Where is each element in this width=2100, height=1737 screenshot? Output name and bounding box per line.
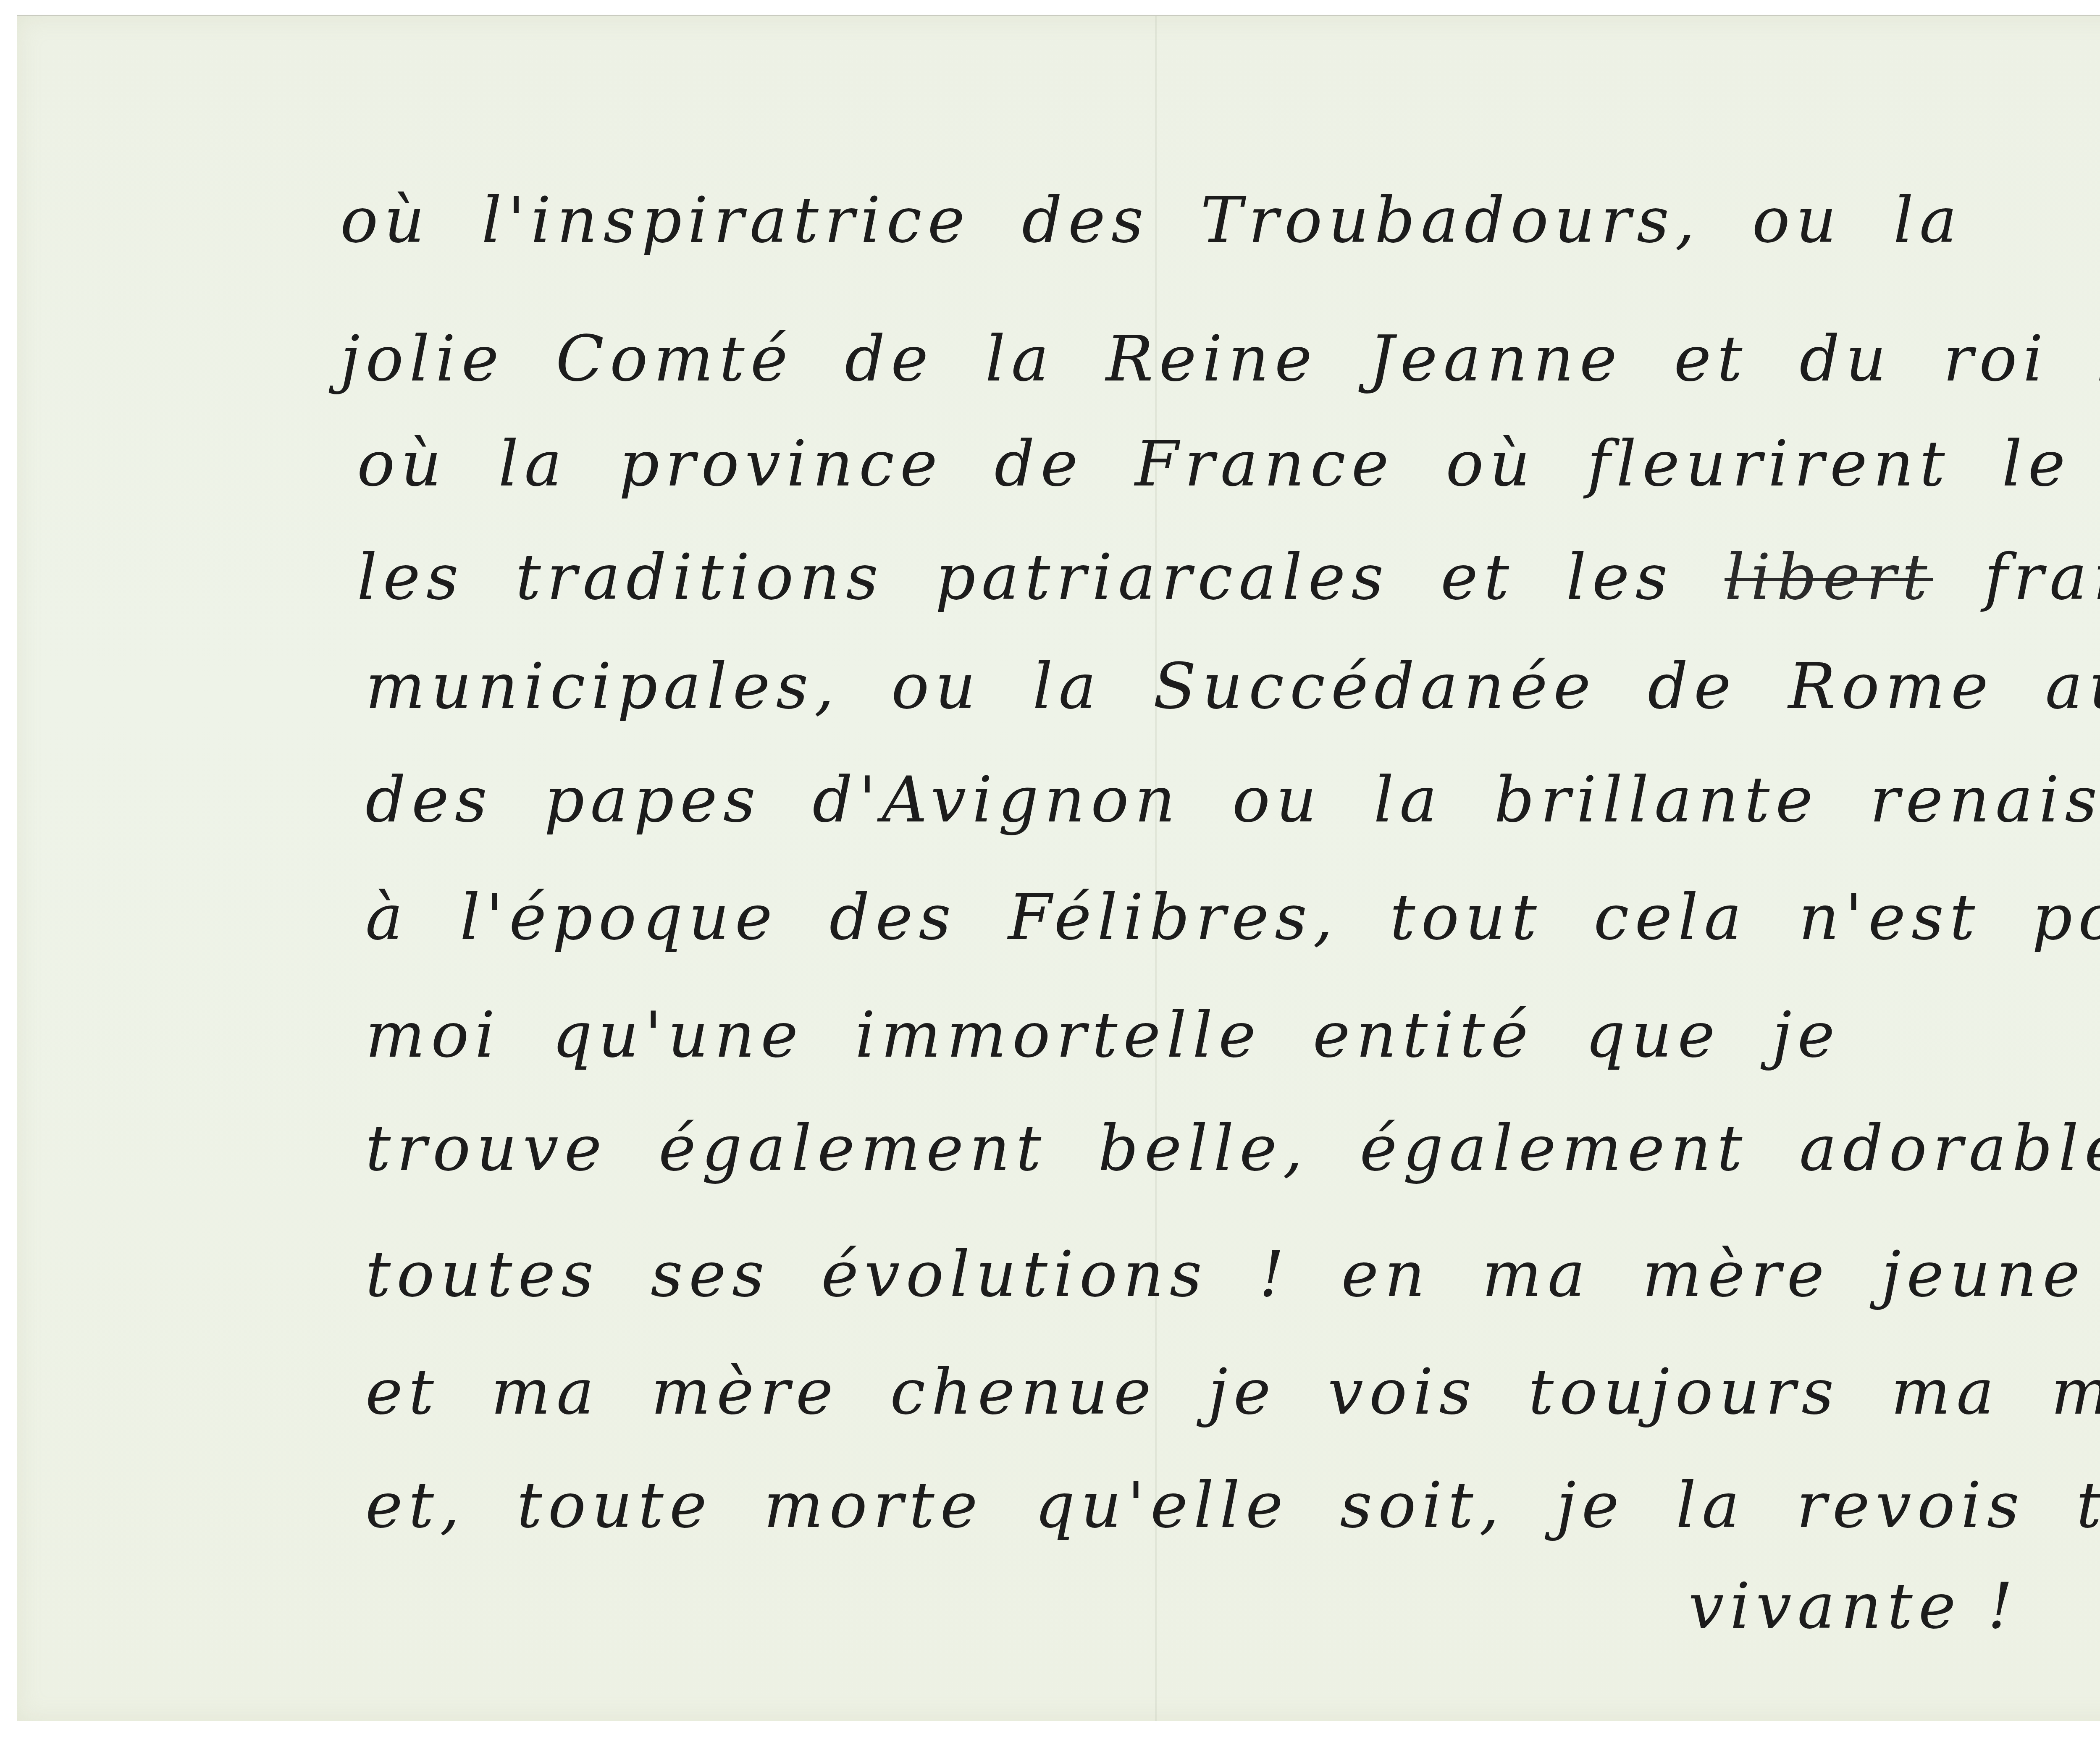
letter-line-6: des papes d'Avignon ou la brillante rena… [365, 764, 2100, 837]
letter-line-8: moi qu'une immortelle entité que je [365, 999, 1840, 1072]
letter-line-1: où l'inspiratrice des Troubadours, ou la [340, 184, 1963, 257]
letter-closing: vivante ! [1688, 1570, 2019, 1643]
letter-line-2: jolie Comté de la Reine Jeanne et du roi… [340, 323, 2100, 396]
struck-word: libert [1725, 541, 1933, 614]
letter-line-11: et ma mère chenue je vois toujours ma mè… [365, 1356, 2100, 1429]
letter-line-5: municipales, ou la Succédanée de Rome au… [365, 650, 2100, 723]
letter-line-7: à l'époque des Félibres, tout cela n'est… [365, 881, 2100, 954]
letter-line-3: où la province de France où fleurirent l… [357, 428, 2100, 501]
letter-line-12: et, toute morte qu'elle soit, je la revo… [365, 1469, 2100, 1542]
paper-fold [1155, 16, 1157, 1721]
letter-page: où l'inspiratrice des Troubadours, ou la… [17, 15, 2100, 1721]
letter-line-4: les traditions patriarcales et les liber… [357, 541, 2100, 614]
letter-line-9: trouve également belle, également adorab… [365, 1112, 2100, 1185]
letter-line-10: toutes ses évolutions ! en ma mère jeune… [365, 1238, 2100, 1311]
letter-line-4-before: les traditions patriarcales et les [357, 541, 1725, 614]
letter-line-4-after: franchises [1933, 541, 2100, 614]
